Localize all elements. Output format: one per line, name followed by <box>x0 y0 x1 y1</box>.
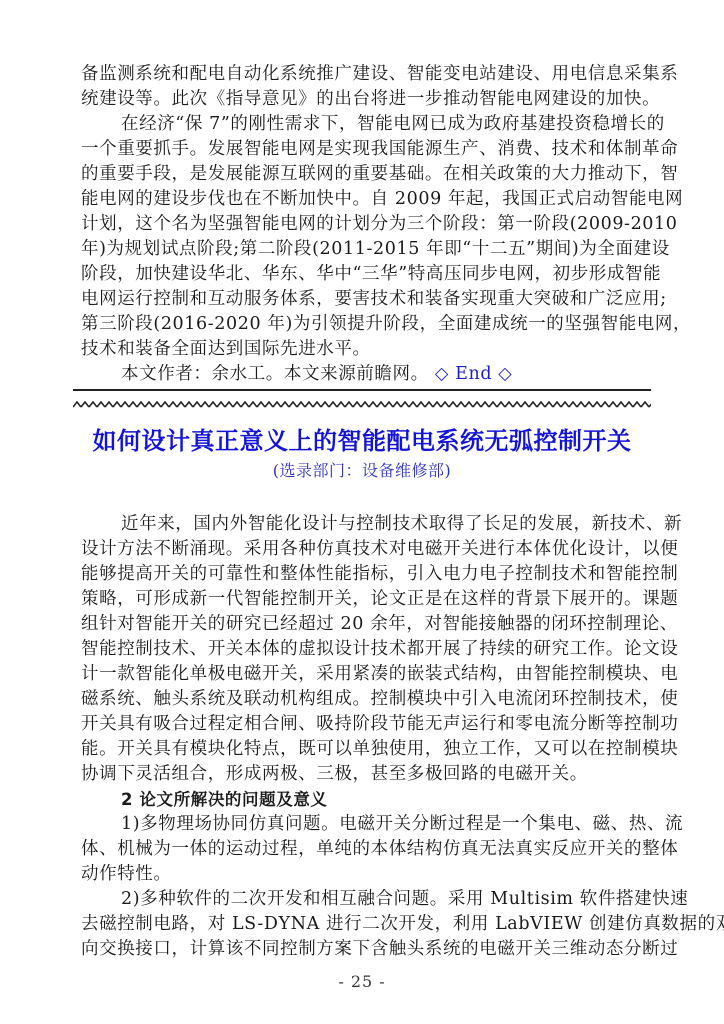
paragraph-line: 动作特性。 <box>81 862 649 887</box>
paragraph-line: 统建设等。此次《指导意见》的出台将进一步推动智能电网建设的加快。 <box>81 87 649 112</box>
paragraph-line: 磁系统、触头系统及联动机构组成。控制模块中引入电流闭环控制技术，使 <box>81 687 649 712</box>
article-subtitle: (选录部门：设备维修部) <box>0 459 724 483</box>
paragraph-line: 智能控制技术、开关本体的虚拟设计技术都开展了持续的研究工作。论文设 <box>81 637 649 662</box>
paragraph-line: 电网运行控制和互动服务体系，要害技术和装备实现重大突破和广泛应用; <box>81 287 649 312</box>
document-page: 备监测系统和配电自动化系统推广建设、智能变电站建设、用电信息采集系 统建设等。此… <box>0 0 724 1024</box>
section-heading: 2 论文所解决的问题及意义 <box>81 787 649 812</box>
paragraph-line: 开关具有吸合过程定相合闸、吸持阶段节能无声运行和零电流分断等控制功 <box>81 712 649 737</box>
article-title: 如何设计真正意义上的智能配电系统无弧控制开关 <box>0 424 724 458</box>
page-number: - 25 - <box>0 972 724 991</box>
zigzag-divider-icon <box>73 401 651 409</box>
paragraph-line: 2)多种软件的二次开发和相互融合问题。采用 Multisim 软件搭建快速 <box>81 887 649 912</box>
paragraph-line: 在经济“保 7”的刚性需求下，智能电网已成为政府基建投资稳增长的 <box>81 112 649 137</box>
paragraph-line: 计一款智能化单极电磁开关，采用紧凑的嵌装式结构，由智能控制模块、电 <box>81 662 649 687</box>
paragraph-line: 计划，这个名为坚强智能电网的计划分为三个阶段：第一阶段(2009-2010 <box>81 212 649 237</box>
paragraph-line: 1)多物理场协同仿真问题。电磁开关分断过程是一个集电、磁、热、流 <box>81 812 649 837</box>
author-credit: 本文作者：余水工。本文来源前瞻网。 <box>121 364 429 384</box>
article-body: 近年来，国内外智能化设计与控制技术取得了长足的发展，新技术、新 设计方法不断涌现… <box>81 512 649 962</box>
paragraph-line: 设计方法不断涌现。采用各种仿真技术对电磁开关进行本体优化设计，以便 <box>81 537 649 562</box>
paragraph-line: 组针对智能开关的研究已经超过 20 余年，对智能接触器的闭环控制理论、 <box>81 612 649 637</box>
paragraph-line: 技术和装备全面达到国际先进水平。 <box>81 337 649 362</box>
author-credit-line: 本文作者：余水工。本文来源前瞻网。 ◇ End ◇ <box>81 362 649 387</box>
paragraph-line: 一个重要抓手。发展智能电网是实现我国能源生产、消费、技术和体制革命 <box>81 137 649 162</box>
paragraph-line: 近年来，国内外智能化设计与控制技术取得了长足的发展，新技术、新 <box>81 512 649 537</box>
paragraph-line: 备监测系统和配电自动化系统推广建设、智能变电站建设、用电信息采集系 <box>81 62 649 87</box>
paragraph-line: 的重要手段，是发展能源互联网的重要基础。在相关政策的大力推动下，智 <box>81 162 649 187</box>
paragraph-line: 体、机械为一体的运动过程，单纯的本体结构仿真无法真实反应开关的整体 <box>81 837 649 862</box>
paragraph-line: 能够提高开关的可靠性和整体性能指标，引入电力电子控制技术和智能控制 <box>81 562 649 587</box>
paragraph-line: 阶段，加快建设华北、华东、华中“三华”特高压同步电网，初步形成智能 <box>81 262 649 287</box>
paragraph-line: 年)为规划试点阶段;第二阶段(2011-2015 年即“十二五”期间)为全面建设 <box>81 237 649 262</box>
paragraph-line: 去磁控制电路，对 LS-DYNA 进行二次开发，利用 LabVIEW 创建仿真数… <box>81 912 649 937</box>
previous-article-body: 备监测系统和配电自动化系统推广建设、智能变电站建设、用电信息采集系 统建设等。此… <box>81 62 649 387</box>
section-divider <box>73 389 651 403</box>
divider-rule <box>73 389 651 391</box>
paragraph-line: 第三阶段(2016-2020 年)为引领提升阶段，全面建成统一的坚强智能电网， <box>81 312 649 337</box>
paragraph-line: 协调下灵活组合，形成两极、三极，甚至多极回路的电磁开关。 <box>81 762 649 787</box>
paragraph-line: 策略，可形成新一代智能控制开关，论文正是在这样的背景下展开的。课题 <box>81 587 649 612</box>
paragraph-line: 向交换接口，计算该不同控制方案下含触头系统的电磁开关三维动态分断过 <box>81 937 649 962</box>
paragraph-line: 能。开关具有模块化特点，既可以单独使用，独立工作，又可以在控制模块 <box>81 737 649 762</box>
end-marker: ◇ End ◇ <box>435 364 513 384</box>
paragraph-line: 能电网的建设步伐也在不断加快中。自 2009 年起，我国正式启动智能电网 <box>81 187 649 212</box>
